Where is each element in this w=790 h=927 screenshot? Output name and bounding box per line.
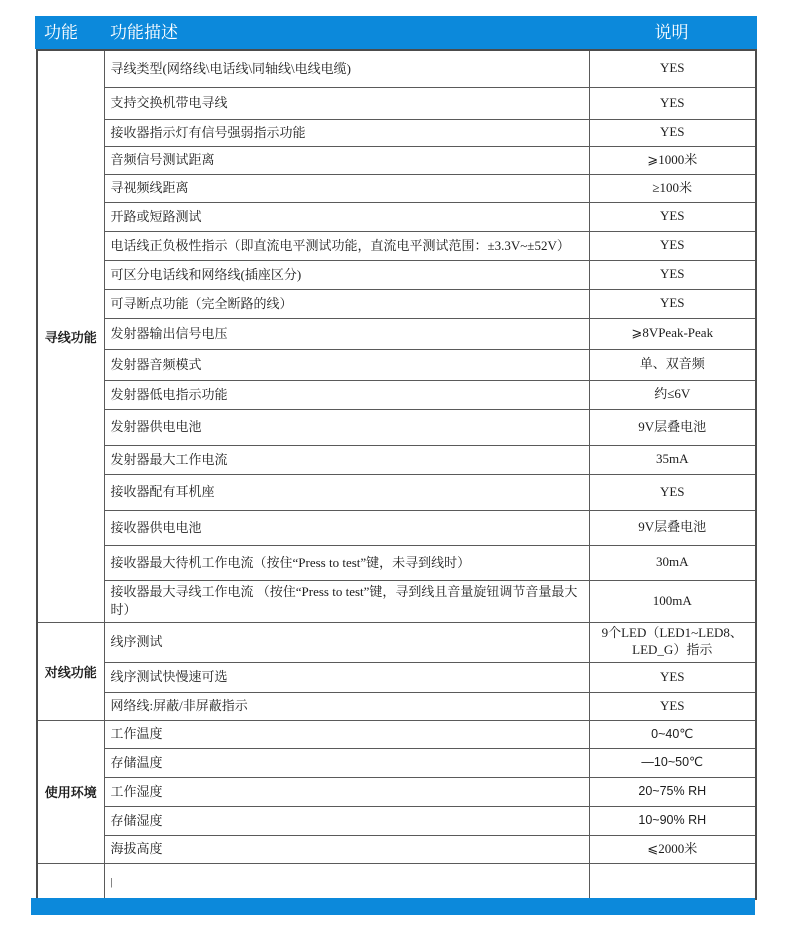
spec-value: 约≤6V [589, 380, 756, 409]
spec-value: YES [589, 202, 756, 231]
spec-desc: 寻视频线距离 [104, 174, 589, 202]
spec-value: 0~40℃ [589, 720, 756, 748]
spec-row: 工作湿度 20~75% RH [37, 777, 756, 806]
group-cell-wire-tracing: 寻线功能 [37, 50, 104, 622]
spec-value: YES [589, 289, 756, 318]
spec-desc: 发射器最大工作电流 [104, 445, 589, 474]
spec-value: YES [589, 692, 756, 720]
spec-row: 接收器最大寻线工作电流 （按住“Press to test”键，寻到线且音量旋钮… [37, 580, 756, 622]
spec-row: 寻线功能 寻线类型(网络线\电话线\同轴线\电线电缆) YES [37, 50, 756, 87]
text-cursor: | [111, 876, 113, 888]
spec-value: YES [589, 50, 756, 87]
header-col-description: 功能描述 [110, 16, 178, 49]
header-col-function: 功能 [44, 16, 78, 49]
spec-desc: 线序测试 [104, 622, 589, 662]
spec-row: 网络线:屏蔽/非屏蔽指示 YES [37, 692, 756, 720]
spec-row: 接收器最大待机工作电流（按住“Press to test”键，未寻到线时） 30… [37, 545, 756, 580]
spec-row: 海拔高度 ⩽2000米 [37, 835, 756, 863]
spec-row: 使用环境 工作温度 0~40℃ [37, 720, 756, 748]
spec-value: YES [589, 474, 756, 510]
spec-desc: 音频信号测试距离 [104, 146, 589, 174]
spec-value: 100mA [589, 580, 756, 622]
spec-row: 存储温度 —10~50℃ [37, 748, 756, 777]
spec-value: YES [589, 662, 756, 692]
spec-desc: 海拔高度 [104, 835, 589, 863]
spec-row: 线序测试快慢速可选 YES [37, 662, 756, 692]
spec-value: 30mA [589, 545, 756, 580]
spec-desc: 电话线正负极性指示（即直流电平测试功能，直流电平测试范围：±3.3V~±52V） [104, 231, 589, 260]
spec-row: 发射器输出信号电压 ⩾8VPeak-Peak [37, 318, 756, 349]
spec-desc: 支持交换机带电寻线 [104, 87, 589, 119]
spec-value: ⩽2000米 [589, 835, 756, 863]
spec-value: 9V层叠电池 [589, 409, 756, 445]
spec-desc: 工作湿度 [104, 777, 589, 806]
spec-table: 寻线功能 寻线类型(网络线\电话线\同轴线\电线电缆) YES 支持交换机带电寻… [36, 49, 757, 900]
spec-value: ≥100米 [589, 174, 756, 202]
spec-value-empty [589, 863, 756, 899]
spec-desc: 接收器供电电池 [104, 510, 589, 545]
spec-row: 电话线正负极性指示（即直流电平测试功能，直流电平测试范围：±3.3V~±52V）… [37, 231, 756, 260]
spec-row: 接收器指示灯有信号强弱指示功能 YES [37, 119, 756, 146]
spec-desc: 可寻断点功能（完全断路的线） [104, 289, 589, 318]
spec-row: 开路或短路测试 YES [37, 202, 756, 231]
spec-desc: 可区分电话线和网络线(插座区分) [104, 260, 589, 289]
spec-row: 发射器供电电池 9V层叠电池 [37, 409, 756, 445]
spec-row: 发射器低电指示功能 约≤6V [37, 380, 756, 409]
spec-desc: 线序测试快慢速可选 [104, 662, 589, 692]
spec-desc: 接收器配有耳机座 [104, 474, 589, 510]
group-cell-wire-mapping: 对线功能 [37, 622, 104, 720]
spec-value: YES [589, 260, 756, 289]
spec-row: 接收器供电电池 9V层叠电池 [37, 510, 756, 545]
spec-row: 支持交换机带电寻线 YES [37, 87, 756, 119]
spec-desc: 寻线类型(网络线\电话线\同轴线\电线电缆) [104, 50, 589, 87]
spec-row: 可寻断点功能（完全断路的线） YES [37, 289, 756, 318]
spec-desc: 网络线:屏蔽/非屏蔽指示 [104, 692, 589, 720]
spec-value: 9V层叠电池 [589, 510, 756, 545]
table-header-bar: 功能 功能描述 说明 [35, 16, 757, 49]
spec-desc: 发射器供电电池 [104, 409, 589, 445]
spec-row: 发射器音频模式 单、双音频 [37, 349, 756, 380]
spec-desc: 发射器音频模式 [104, 349, 589, 380]
spec-desc: 存储湿度 [104, 806, 589, 835]
spec-desc-empty: | [104, 863, 589, 899]
spec-desc: 工作温度 [104, 720, 589, 748]
spec-value: YES [589, 119, 756, 146]
spec-value: YES [589, 231, 756, 260]
spec-desc: 接收器指示灯有信号强弱指示功能 [104, 119, 589, 146]
spec-row: 音频信号测试距离 ⩾1000米 [37, 146, 756, 174]
spec-value: YES [589, 87, 756, 119]
spec-row: 可区分电话线和网络线(插座区分) YES [37, 260, 756, 289]
spec-desc: 存储温度 [104, 748, 589, 777]
spec-row: 寻视频线距离 ≥100米 [37, 174, 756, 202]
spec-value: 35mA [589, 445, 756, 474]
spec-value: 9个LED（LED1~LED8、LED_G）指示 [589, 622, 756, 662]
spec-row: 存储湿度 10~90% RH [37, 806, 756, 835]
spec-desc: 接收器最大寻线工作电流 （按住“Press to test”键，寻到线且音量旋钮… [104, 580, 589, 622]
spec-value: 10~90% RH [589, 806, 756, 835]
spec-desc: 发射器输出信号电压 [104, 318, 589, 349]
spec-row: 接收器配有耳机座 YES [37, 474, 756, 510]
header-col-note: 说明 [588, 16, 755, 49]
spec-value: ⩾8VPeak-Peak [589, 318, 756, 349]
spec-row: | [37, 863, 756, 899]
group-cell-environment: 使用环境 [37, 720, 104, 863]
group-cell-empty [37, 863, 104, 899]
spec-desc: 发射器低电指示功能 [104, 380, 589, 409]
spec-row: 对线功能 线序测试 9个LED（LED1~LED8、LED_G）指示 [37, 622, 756, 662]
spec-value: ⩾1000米 [589, 146, 756, 174]
spec-value: —10~50℃ [589, 748, 756, 777]
spec-desc: 开路或短路测试 [104, 202, 589, 231]
spec-desc: 接收器最大待机工作电流（按住“Press to test”键，未寻到线时） [104, 545, 589, 580]
spec-sheet-page: 功能 功能描述 说明 寻线功能 寻线类型(网络线\电话线\同轴线\电线电缆) Y… [0, 0, 790, 927]
bottom-accent-bar [31, 898, 755, 915]
spec-row: 发射器最大工作电流 35mA [37, 445, 756, 474]
spec-value: 单、双音频 [589, 349, 756, 380]
spec-value: 20~75% RH [589, 777, 756, 806]
